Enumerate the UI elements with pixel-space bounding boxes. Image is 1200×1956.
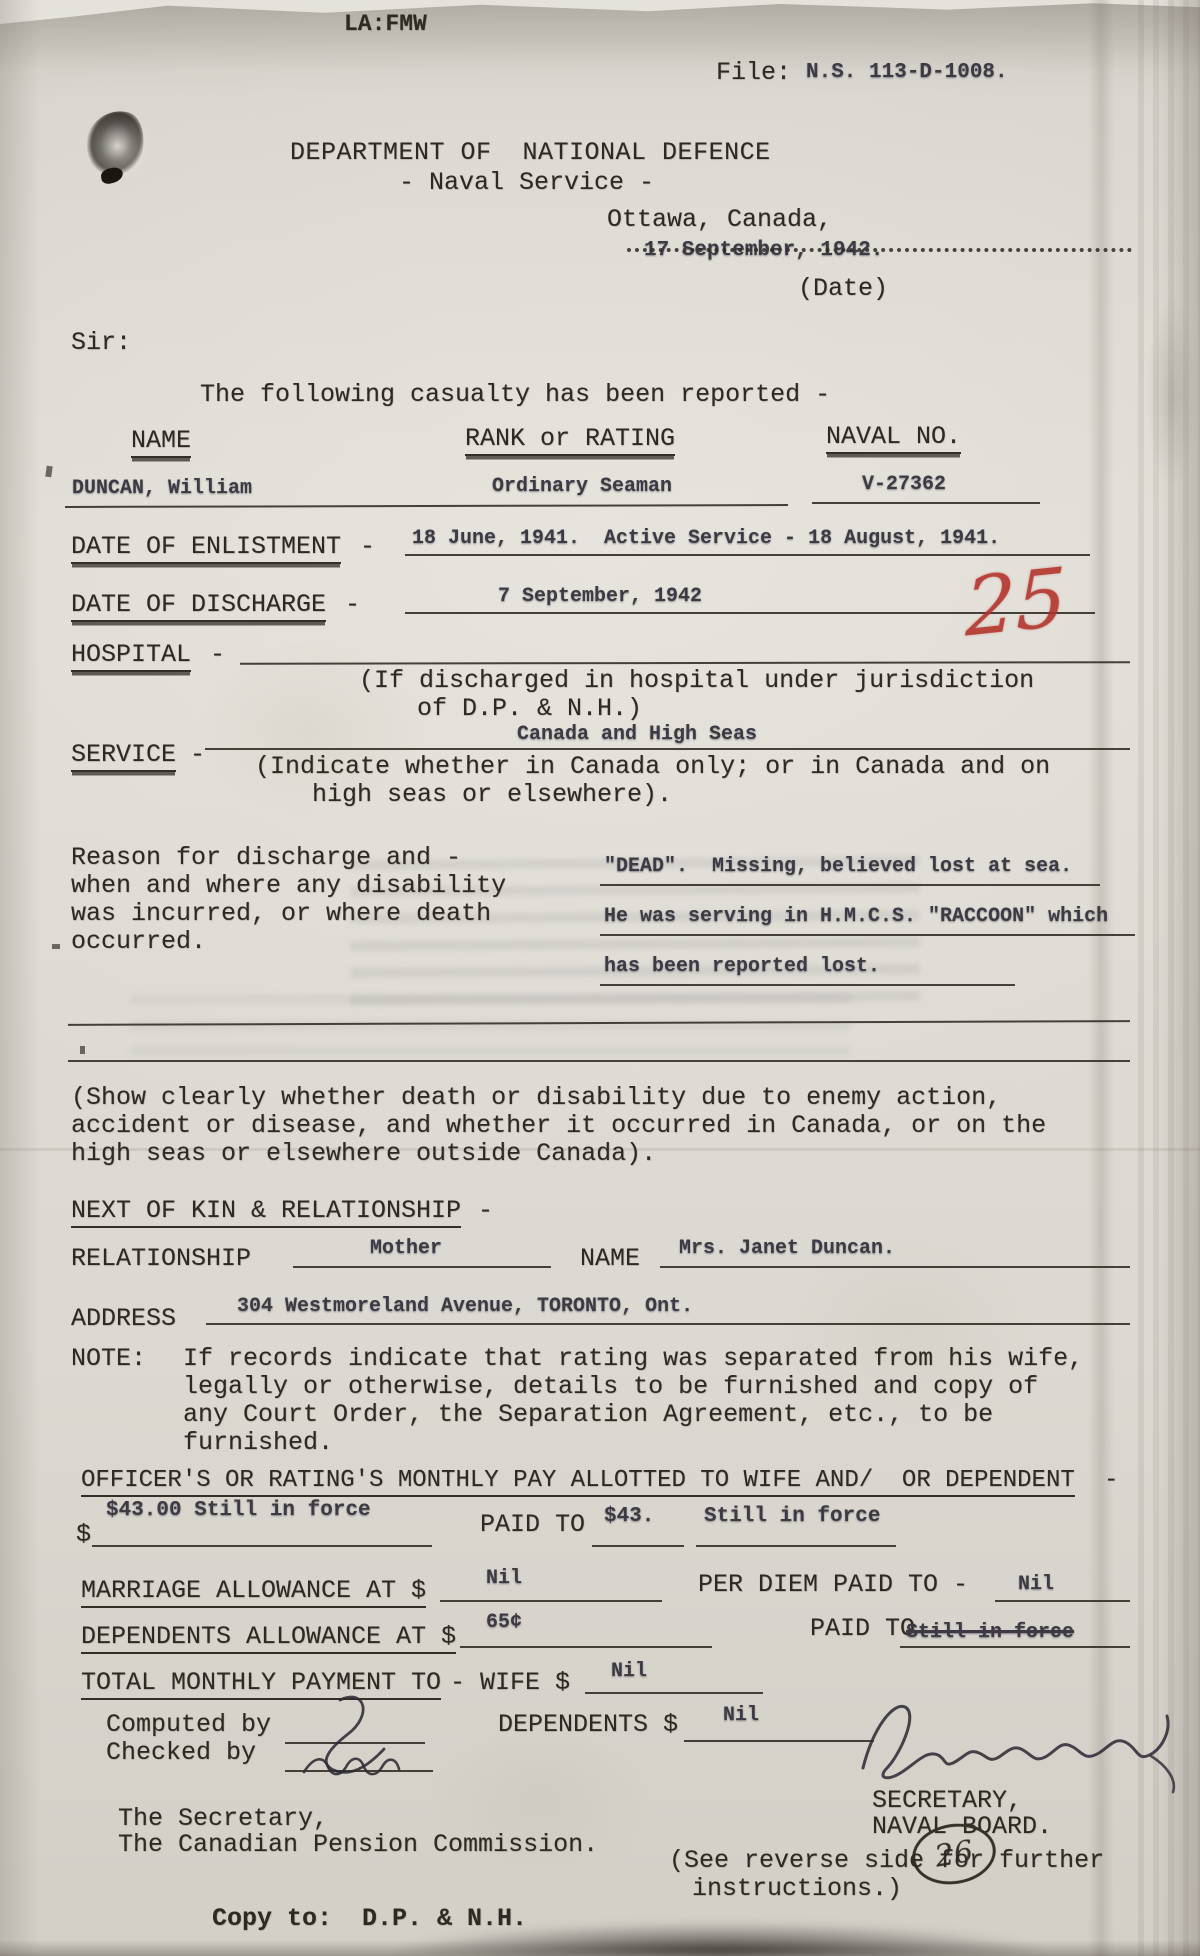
reason-label-line-4: occurred. (71, 929, 206, 955)
service-note-1: (Indicate whether in Canada only; or in … (255, 754, 1050, 780)
column-header-naval-no: NAVAL NO. (826, 424, 961, 454)
service-dash: - (190, 742, 205, 768)
address-value: 304 Westmoreland Avenue, TORONTO, Ont. (237, 1296, 693, 1317)
ink-speck (45, 466, 52, 478)
file-label: File: (716, 60, 791, 86)
hospital-note-2: of D.P. & N.H.) (417, 696, 642, 722)
top-edge-shadow (0, 0, 1200, 72)
typist-stamp: LA:FMW (344, 12, 427, 36)
note-line-3: any Court Order, the Separation Agreemen… (183, 1402, 993, 1428)
secretary-signature (845, 1670, 1190, 1805)
rule-line (460, 1646, 712, 1648)
rule-line (600, 934, 1135, 936)
enlistment-dash: - (360, 534, 375, 560)
dollar-sign: $ (76, 1522, 91, 1548)
rule-line (900, 1646, 1130, 1648)
casualty-naval-no: V-27362 (862, 474, 946, 495)
date-caption: (Date) (798, 276, 888, 302)
per-diem-value: Nil (1018, 1574, 1054, 1595)
rule-line (240, 661, 1130, 665)
rule-line (68, 1060, 1130, 1062)
hospital-label: HOSPITAL (71, 642, 191, 672)
left-edge-shadow (0, 0, 40, 1956)
discharge-label: DATE OF DISCHARGE (71, 592, 326, 622)
rule-line (205, 748, 1130, 750)
rule-line (592, 1545, 684, 1547)
rule-line (65, 504, 788, 508)
rule-line (92, 1545, 432, 1547)
service-value: Canada and High Seas (517, 724, 757, 745)
dependents-paid-to-label: PAID TO (810, 1616, 915, 1642)
note-label: NOTE: (71, 1346, 146, 1372)
checked-by-label: Checked by (106, 1740, 256, 1766)
column-header-name: NAME (131, 428, 191, 458)
note-line-2: legally or otherwise, details to be furn… (183, 1374, 1038, 1400)
intro-line: The following casualty has been reported… (200, 382, 830, 408)
note-line-4: furnished. (183, 1430, 333, 1456)
pay-heading: OFFICER'S OR RATING'S MONTHLY PAY ALLOTT… (81, 1468, 1075, 1497)
reason-value-line-2: He was serving in H.M.C.S. "RACCOON" whi… (604, 906, 1108, 927)
ink-blot-halo (70, 96, 165, 196)
ink-speck (52, 944, 60, 949)
rule-line (206, 1323, 1130, 1325)
stain-1 (150, 600, 470, 860)
reason-label-line-3: was incurred, or where death (71, 901, 491, 927)
hospital-dash: - (210, 642, 225, 668)
computed-by-label: Computed by (106, 1712, 271, 1738)
file-number: N.S. 113-D-1008. (806, 62, 1008, 84)
computed-checked-signature (278, 1692, 453, 1792)
ink-speck (80, 1046, 85, 1054)
copy-to-line: Copy to: D.P. & N.H. (212, 1906, 527, 1932)
casualty-rank: Ordinary Seaman (492, 476, 672, 497)
rule-line (440, 1600, 662, 1602)
red-handwritten-number: 25 (965, 550, 1066, 654)
hospital-note-1: (If discharged in hospital under jurisdi… (359, 668, 1034, 694)
department-title: DEPARTMENT OF NATIONAL DEFENCE (290, 140, 771, 166)
paid-to-status: Still in force (704, 1506, 880, 1528)
service-label: SERVICE (71, 742, 176, 772)
reason-value-line-3: has been reported lost. (604, 956, 880, 977)
branch-title: - Naval Service - (399, 170, 654, 196)
clarify-line-2: accident or disease, and whether it occu… (71, 1113, 1046, 1139)
dependents-total-value: Nil (723, 1705, 759, 1726)
reverse-side-line-2: instructions.) (692, 1876, 902, 1902)
rule-line (660, 1266, 1130, 1268)
rule-line (812, 502, 1040, 504)
total-payment-wife-label: - WIFE $ (450, 1670, 570, 1696)
marriage-allowance-label: MARRIAGE ALLOWANCE AT $ (81, 1578, 426, 1608)
stain-2 (720, 1180, 1100, 1480)
clarify-line-1: (Show clearly whether death or disabilit… (71, 1085, 1001, 1111)
dependents-allowance-label: DEPENDENTS ALLOWANCE AT $ (81, 1624, 456, 1654)
casualty-name: DUNCAN, William (72, 478, 252, 499)
addressee-line-2: The Canadian Pension Commission. (118, 1832, 598, 1858)
rule-line (600, 984, 1015, 986)
city-line: Ottawa, Canada, (607, 207, 832, 233)
bottom-edge-shadow (0, 1940, 1200, 1956)
per-diem-label: PER DIEM PAID TO - (698, 1572, 968, 1598)
right-edge-streaks (1138, 0, 1200, 1956)
ink-blot-hole (77, 103, 152, 186)
note-line-1: If records indicate that rating was sepa… (183, 1346, 1083, 1372)
paid-to-amount: $43. (604, 1506, 654, 1528)
secretary-title-line-1: SECRETARY, (872, 1788, 1022, 1814)
nok-name-label: NAME (580, 1246, 640, 1272)
discharge-dash: - (345, 592, 360, 618)
rule-line (696, 1545, 896, 1547)
ink-blot-hole-small (100, 166, 125, 185)
marriage-allowance-value: Nil (486, 1568, 522, 1589)
date-dotted-line (627, 248, 1132, 252)
torn-top-edge (0, 0, 1200, 40)
scanned-document-page: LA:FMW File: N.S. 113-D-1008. DEPARTMENT… (0, 0, 1200, 1956)
rule-line (405, 554, 1090, 556)
enlistment-value: 18 June, 1941. Active Service - 18 Augus… (412, 528, 1000, 549)
rule-line (600, 884, 1100, 886)
reason-label-line-1: Reason for discharge and - (71, 845, 461, 871)
clarify-line-3: high seas or elsewhere outside Canada). (71, 1141, 656, 1167)
next-of-kin-dash: - (478, 1198, 493, 1224)
dependents-allowance-value: 65¢ (486, 1612, 522, 1633)
total-payment-wife-value: Nil (611, 1661, 647, 1682)
dependents-total-label: DEPENDENTS $ (498, 1712, 678, 1738)
vertical-crease (1088, 0, 1114, 1956)
next-of-kin-heading: NEXT OF KIN & RELATIONSHIP (71, 1198, 461, 1228)
rule-line (293, 1266, 551, 1268)
salutation: Sir: (71, 330, 131, 356)
reason-value-line-1: "DEAD". Missing, believed lost at sea. (604, 856, 1072, 877)
reverse-side-line-1: (See reverse side for further (669, 1848, 1104, 1874)
rule-line (68, 1020, 1130, 1026)
rule-line (995, 1600, 1130, 1602)
addressee-line-1: The Secretary, (118, 1806, 328, 1832)
column-header-rank: RANK or RATING (465, 426, 675, 456)
paid-to-label: PAID TO (480, 1512, 585, 1538)
enlistment-label: DATE OF ENLISTMENT (71, 534, 341, 564)
reason-label-line-2: when and where any disability (71, 873, 506, 899)
rule-line (585, 1692, 763, 1694)
nok-name-value: Mrs. Janet Duncan. (679, 1238, 895, 1259)
monthly-pay-value: $43.00 Still in force (106, 1500, 371, 1522)
pay-heading-dash: - (1104, 1468, 1118, 1493)
address-label: ADDRESS (71, 1306, 176, 1332)
discharge-value: 7 September, 1942 (498, 586, 702, 607)
relationship-label: RELATIONSHIP (71, 1246, 251, 1272)
relationship-value: Mother (370, 1238, 442, 1259)
dependents-paid-status: Still in force (906, 1622, 1074, 1643)
right-margin-blotch (1130, 290, 1200, 550)
service-note-2: high seas or elsewhere). (312, 782, 672, 808)
